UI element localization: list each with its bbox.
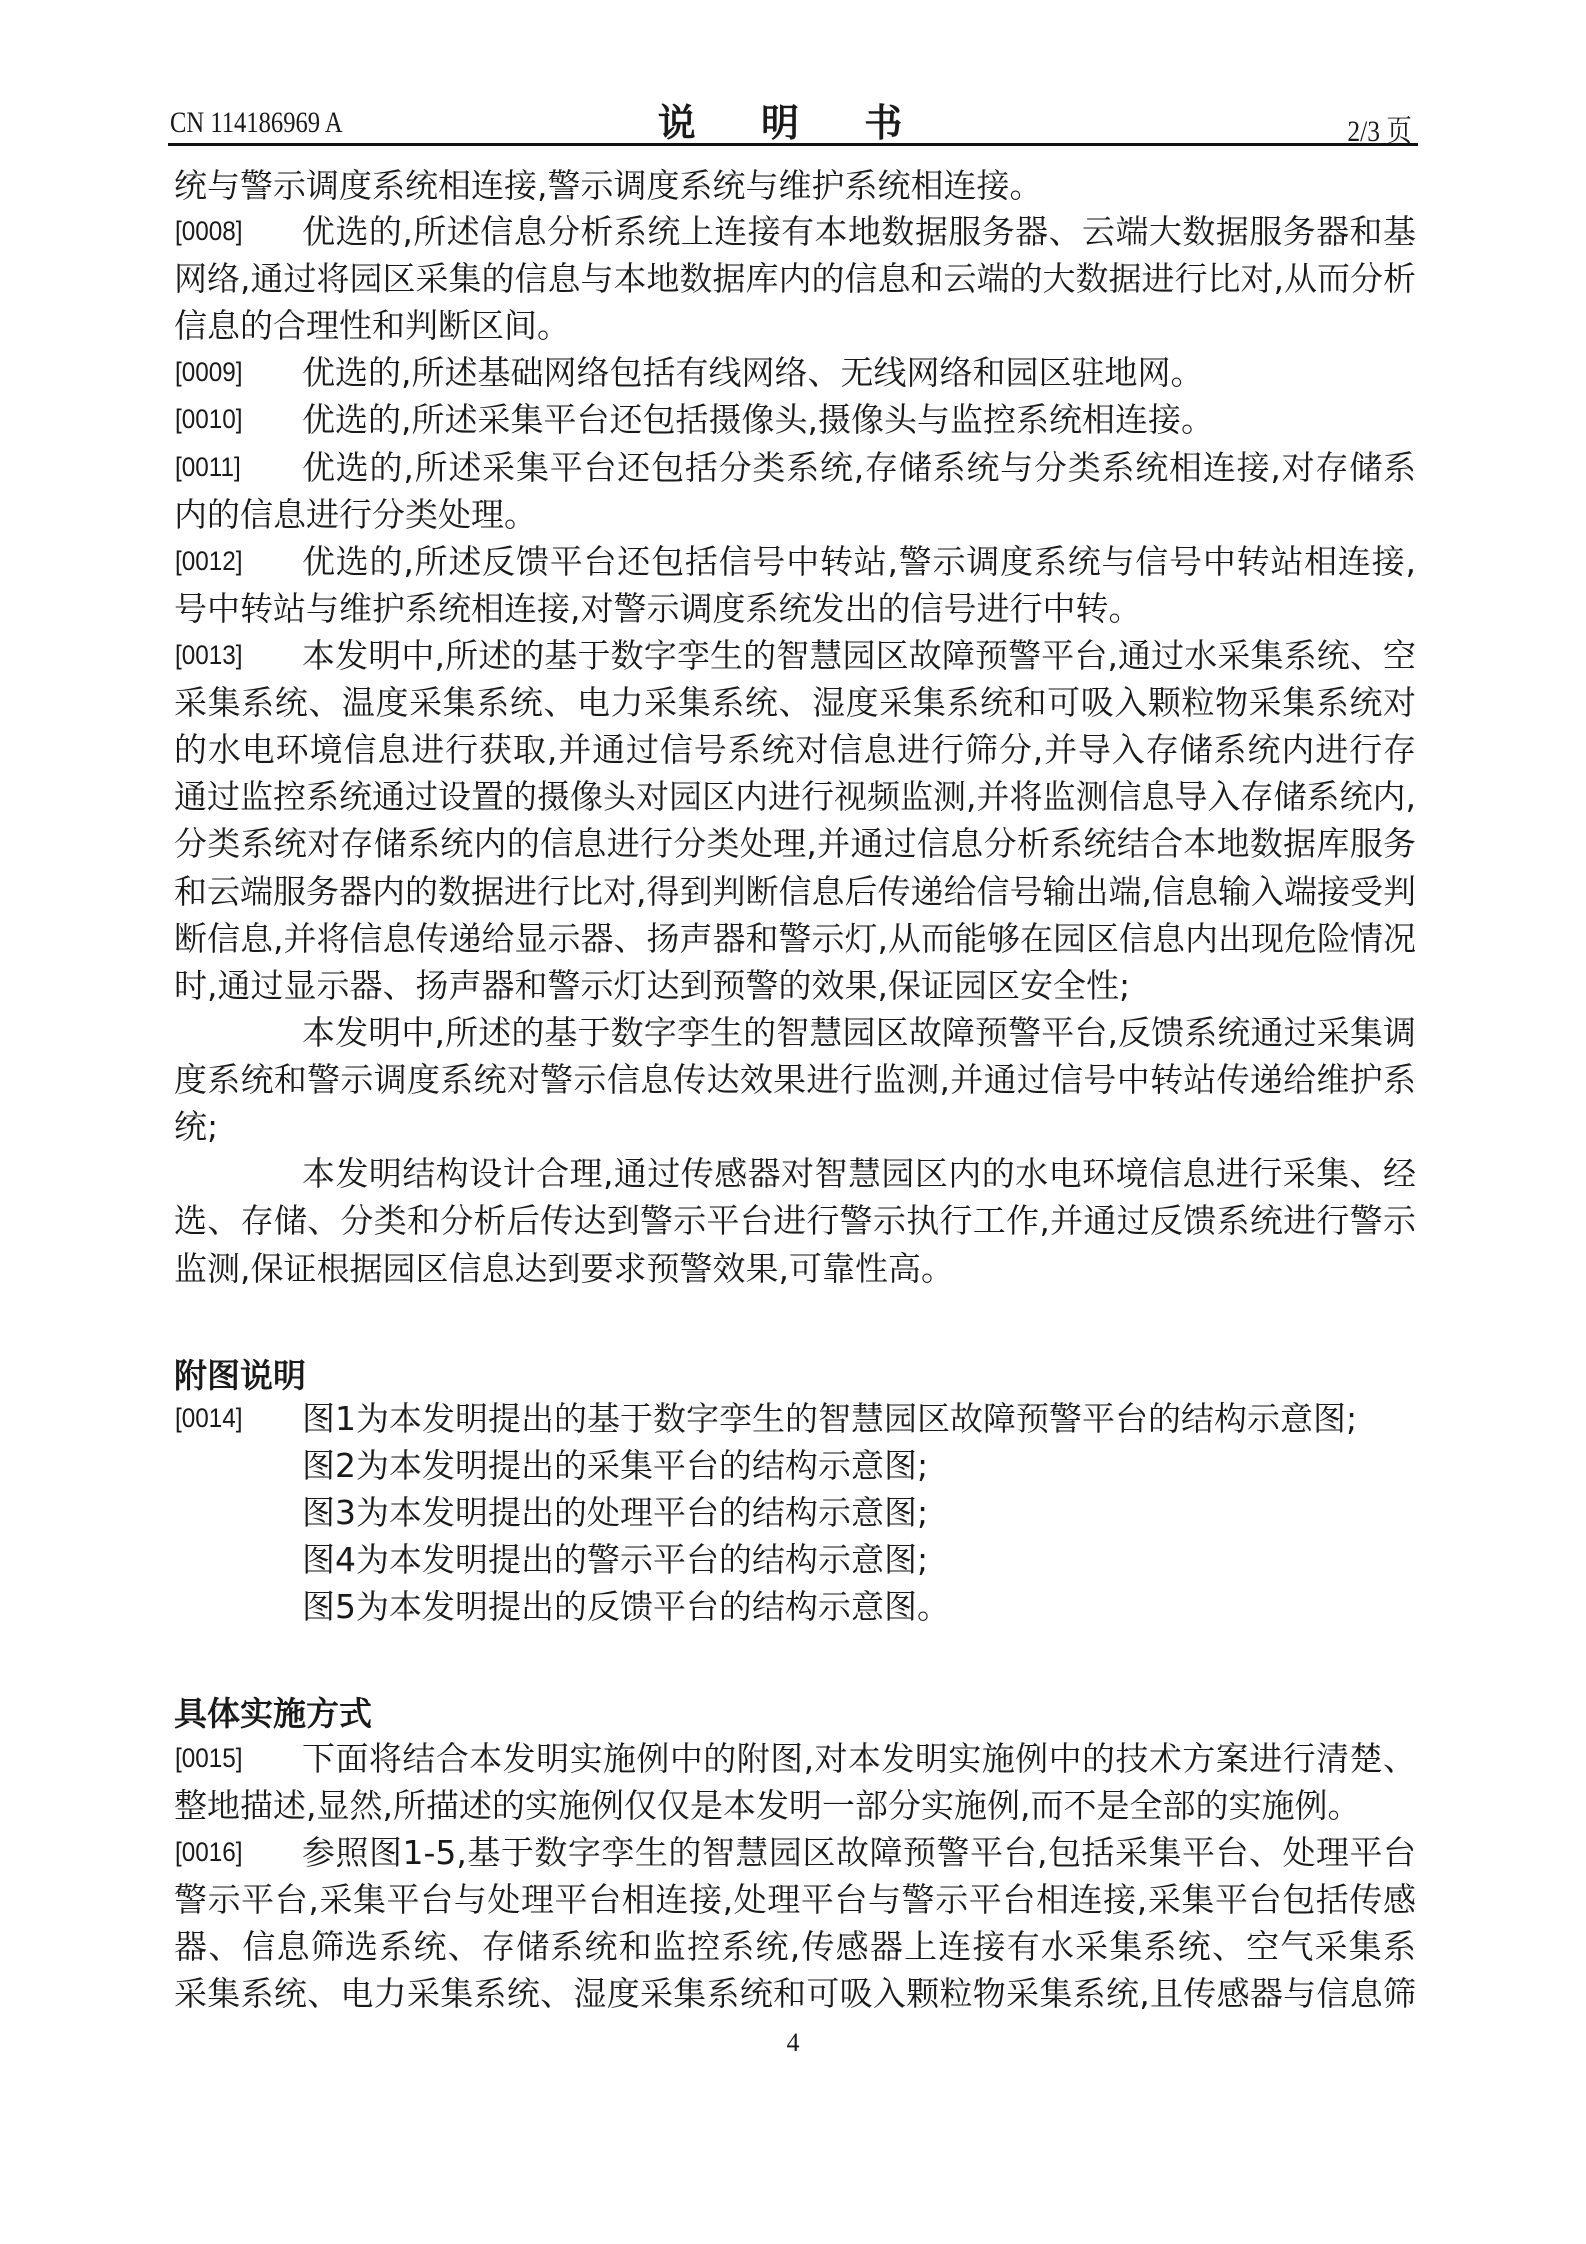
paragraph-line: 采集系统、电力采集系统、湿度采集系统和可吸入颗粒物采集系统,且传感器与信息筛选系 [174, 1970, 1416, 2017]
paragraph-number: [0008] [175, 208, 243, 255]
paragraph-line: 监测,保证根据园区信息达到要求预警效果,可靠性高。 [174, 1245, 954, 1292]
paragraph-line: 优选的,所述基础网络包括有线网络、无线网络和园区驻地网。 [302, 349, 1204, 396]
paragraph-line: 本发明结构设计合理,通过传感器对智慧园区内的水电环境信息进行采集、经筛 [302, 1150, 1416, 1197]
paragraph-number: [0012] [175, 538, 243, 585]
figure-caption-line: 图4为本发明提出的警示平台的结构示意图; [302, 1536, 928, 1583]
paragraph-line: 时,通过显示器、扬声器和警示灯达到预警的效果,保证园区安全性; [174, 962, 1130, 1009]
paragraph-line: 本发明中,所述的基于数字孪生的智慧园区故障预警平台,通过水采集系统、空气 [302, 632, 1416, 679]
paragraph-line: 优选的,所述采集平台还包括分类系统,存储系统与分类系统相连接,对存储系统 [302, 444, 1416, 491]
section-heading-embodiment: 具体实施方式 [174, 1690, 372, 1737]
paragraph-line: 内的信息进行分类处理。 [174, 491, 537, 538]
lead-line: 统与警示调度系统相连接,警示调度系统与维护系统相连接。 [174, 162, 1043, 209]
paragraph-line: 采集系统、温度采集系统、电力采集系统、湿度采集系统和可吸入颗粒物采集系统对园区内 [174, 679, 1416, 726]
paragraph-line: 的水电环境信息进行获取,并通过信号系统对信息进行筛分,并导入存储系统内进行存储, [174, 726, 1416, 773]
paragraph-line: 信息的合理性和判断区间。 [174, 302, 570, 349]
paragraph-number: [0015] [175, 1735, 243, 1782]
paragraph-line: 选、存储、分类和分析后传达到警示平台进行警示执行工作,并通过反馈系统进行警示效果 [174, 1197, 1416, 1244]
paragraph-number: [0010] [175, 396, 243, 443]
paragraph-line: 参照图1-5,基于数字孪生的智慧园区故障预警平台,包括采集平台、处理平台和 [302, 1829, 1416, 1876]
paragraph-line: 统; [174, 1103, 218, 1150]
paragraph-line: 分类系统对存储系统内的信息进行分类处理,并通过信息分析系统结合本地数据库服务器 [174, 820, 1416, 867]
figure-caption-line: 图1为本发明提出的基于数字孪生的智慧园区故障预警平台的结构示意图; [302, 1395, 1357, 1442]
paragraph-line: 警示平台,采集平台与处理平台相连接,处理平台与警示平台相连接,采集平台包括传感 [174, 1876, 1416, 1923]
figure-caption-line: 图3为本发明提出的处理平台的结构示意图; [302, 1489, 928, 1536]
paragraph-line: 本发明中,所述的基于数字孪生的智慧园区故障预警平台,反馈系统通过采集调 [302, 1009, 1416, 1056]
paragraph-line: 优选的,所述反馈平台还包括信号中转站,警示调度系统与信号中转站相连接,信 [302, 538, 1416, 585]
figure-caption-line: 图2为本发明提出的采集平台的结构示意图; [302, 1442, 928, 1489]
paragraph-line: 优选的,所述采集平台还包括摄像头,摄像头与监控系统相连接。 [302, 396, 1214, 443]
figure-caption-line: 图5为本发明提出的反馈平台的结构示意图。 [302, 1583, 950, 1630]
paragraph-line: 度系统和警示调度系统对警示信息传达效果进行监测,并通过信号中转站传递给维护系 [174, 1056, 1416, 1103]
paragraph-line: 和云端服务器内的数据进行比对,得到判断信息后传递给信号输出端,信息输入端接受判 [174, 868, 1416, 915]
page-number: 4 [0, 2028, 1586, 2058]
paragraph-line: 号中转站与维护系统相连接,对警示调度系统发出的信号进行中转。 [174, 585, 1142, 632]
paragraph-number: [0013] [175, 632, 243, 679]
paragraph-number: [0014] [175, 1395, 243, 1442]
section-heading-figures: 附图说明 [174, 1352, 306, 1399]
paragraph-line: 断信息,并将信息传递给显示器、扬声器和警示灯,从而能够在园区信息内出现危险情况 [174, 915, 1416, 962]
header-rule [168, 143, 1418, 146]
paragraph-number: [0011] [175, 444, 241, 491]
paragraph-line: 网络,通过将园区采集的信息与本地数据库内的信息和云端的大数据进行比对,从而分析 [174, 255, 1416, 302]
paragraph-line: 通过监控系统通过设置的摄像头对园区内进行视频监测,并将监测信息导入存储系统内, [174, 773, 1416, 820]
paragraph-line: 下面将结合本发明实施例中的附图,对本发明实施例中的技术方案进行清楚、完 [302, 1735, 1416, 1782]
paragraph-number: [0016] [175, 1829, 243, 1876]
paragraph-line: 器、信息筛选系统、存储系统和监控系统,传感器上连接有水采集系统、空气采集系统、温… [174, 1923, 1416, 1970]
paragraph-line: 整地描述,显然,所描述的实施例仅仅是本发明一部分实施例,而不是全部的实施例。 [174, 1782, 1360, 1829]
paragraph-number: [0009] [175, 349, 243, 396]
paragraph-line: 优选的,所述信息分析系统上连接有本地数据服务器、云端大数据服务器和基础 [302, 208, 1416, 255]
